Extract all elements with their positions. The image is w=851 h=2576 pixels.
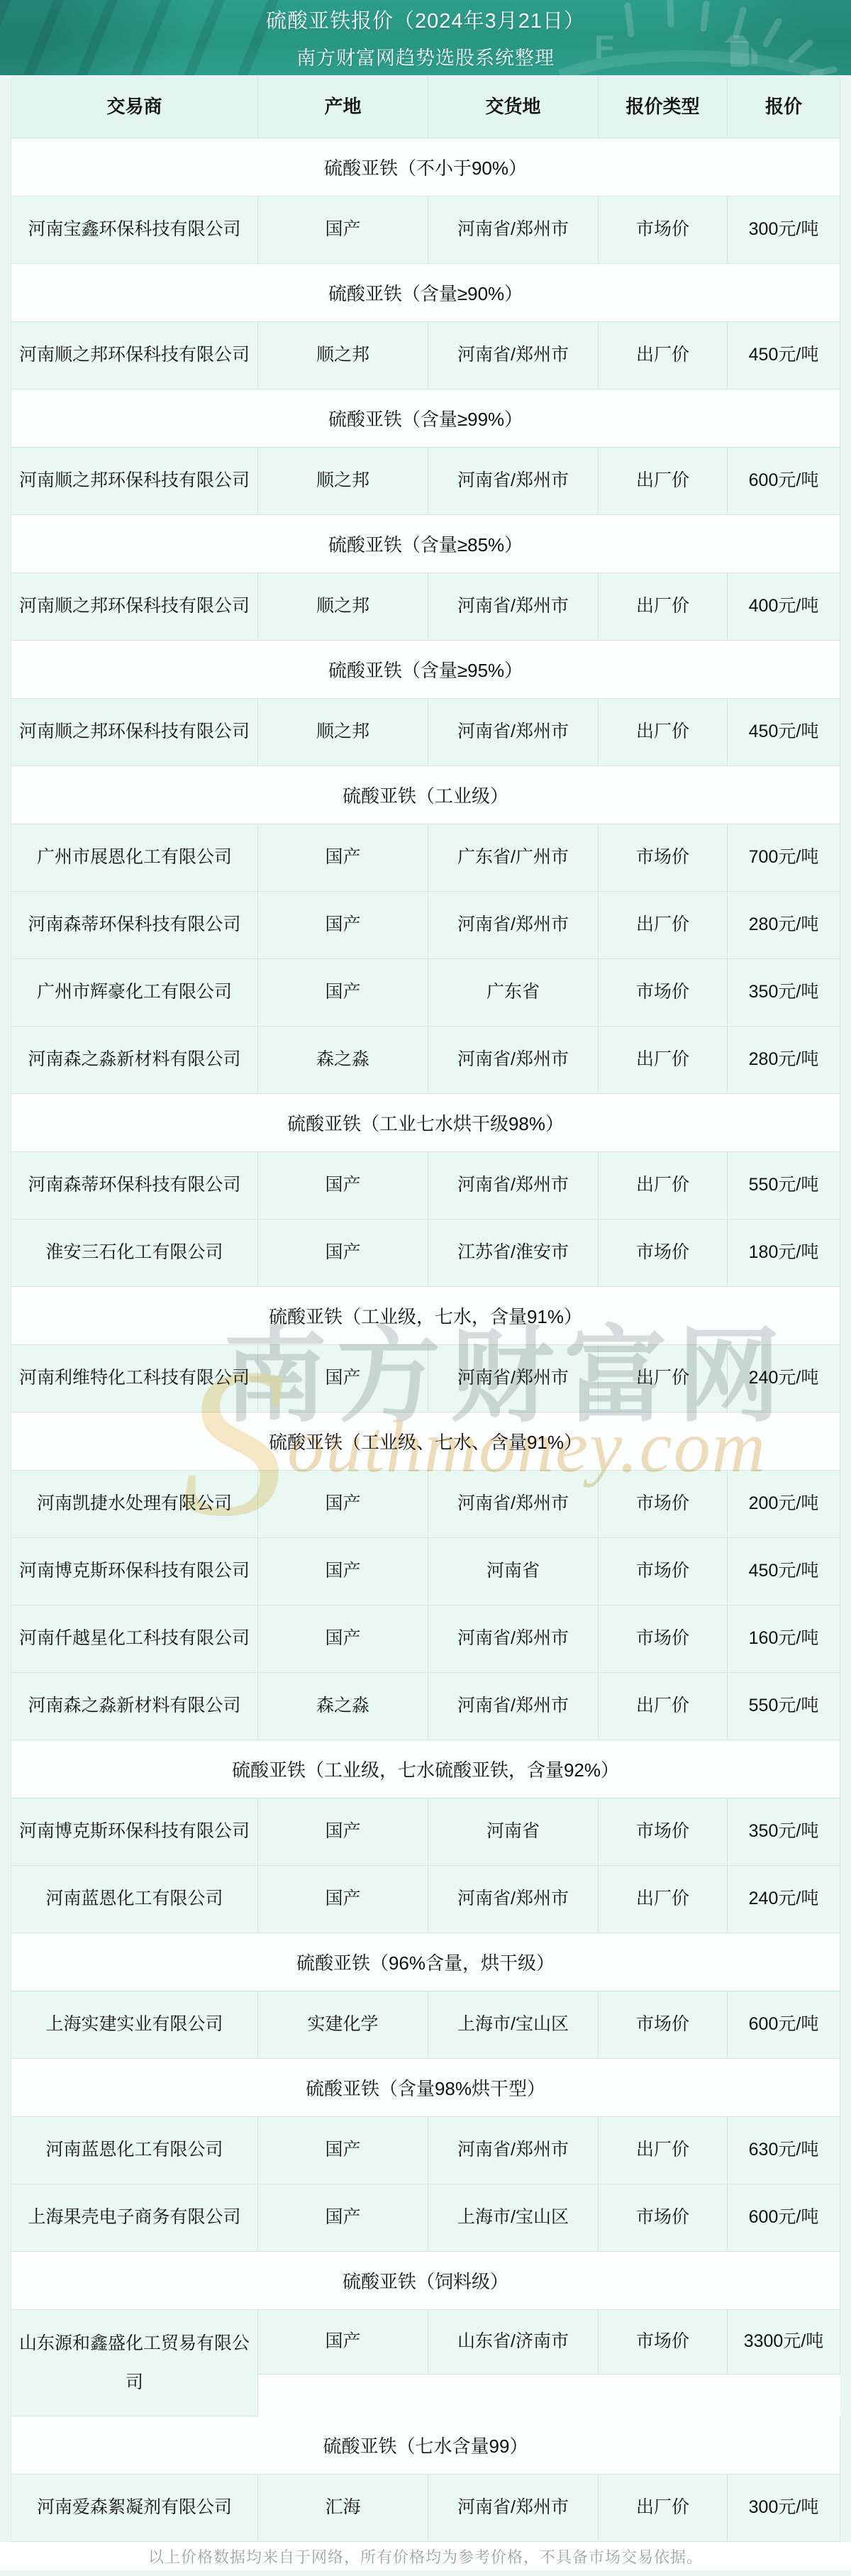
cell-delivery: 山东省/济南市 [428,2310,599,2375]
table-row: 河南顺之邦环保科技有限公司顺之邦河南省/郑州市出厂价450元/吨 [11,322,840,389]
cell-origin: 国产 [258,1220,428,1287]
cell-delivery: 河南省/郑州市 [428,1605,599,1673]
cell-price: 160元/吨 [728,1605,840,1673]
cell-price-type: 出厂价 [599,448,728,515]
cell-origin: 国产 [258,1866,428,1933]
cell-price-type: 市场价 [599,2310,728,2375]
cell-origin: 国产 [258,2184,428,2252]
cell-delivery: 河南省/郑州市 [428,1345,599,1413]
cell-trader: 河南森蒂环保科技有限公司 [11,892,258,959]
cell-origin: 顺之邦 [258,573,428,641]
column-header-1: 产地 [258,75,428,138]
cell-trader: 河南仟越星化工科技有限公司 [11,1605,258,1673]
cell-delivery: 河南省/郑州市 [428,1471,599,1538]
cell-trader: 上海果壳电子商务有限公司 [11,2184,258,2252]
cell-price-type: 出厂价 [599,1027,728,1094]
cell-price-type: 出厂价 [599,892,728,959]
cell-price: 280元/吨 [728,892,840,959]
cell-price-type: 市场价 [599,1220,728,1287]
cell-origin: 森之淼 [258,1027,428,1094]
cell-price: 600元/吨 [728,448,840,515]
cell-trader: 河南博克斯环保科技有限公司 [11,1798,258,1866]
cell-delivery: 上海市/宝山区 [428,2184,599,2252]
cell-price: 350元/吨 [728,959,840,1027]
cell-price: 400元/吨 [728,573,840,641]
page-title: 硫酸亚铁报价（2024年3月21日） [266,5,585,34]
cell-trader: 淮安三石化工有限公司 [11,1220,258,1287]
section-row: 硫酸亚铁（七水含量99） [11,2416,840,2475]
cell-price: 280元/吨 [728,1027,840,1094]
cell-price-type: 市场价 [599,1798,728,1866]
cell-price-type: 出厂价 [599,2117,728,2184]
cell-price: 200元/吨 [728,1471,840,1538]
cell-price-type: 市场价 [599,824,728,892]
cell-delivery: 河南省/郑州市 [428,1673,599,1740]
cell-price: 700元/吨 [728,824,840,892]
table-row: 河南仟越星化工科技有限公司国产河南省/郑州市市场价160元/吨 [11,1605,840,1673]
cell-trader: 河南顺之邦环保科技有限公司 [11,448,258,515]
table-row: 河南博克斯环保科技有限公司国产河南省市场价350元/吨 [11,1798,840,1866]
section-row: 硫酸亚铁（工业级） [11,766,840,824]
cell-trader: 河南爱森絮凝剂有限公司 [11,2475,258,2542]
table-row: 河南蓝恩化工有限公司国产河南省/郑州市出厂价240元/吨 [11,1866,840,1933]
cell-price-type: 市场价 [599,1471,728,1538]
cell-price-type: 市场价 [599,1991,728,2059]
cell-trader: 河南顺之邦环保科技有限公司 [11,322,258,389]
cell-delivery: 河南省/郑州市 [428,699,599,766]
cell-price-type: 出厂价 [599,1673,728,1740]
cell-origin: 顺之邦 [258,448,428,515]
disclaimer-text: 以上价格数据均来自于网络，所有价格均为参考价格，不具备市场交易依据。 [148,2545,703,2567]
page-subtitle: 南方财富网趋势选股系统整理 [296,43,555,70]
section-row: 硫酸亚铁（含量≥99%） [11,389,840,448]
cell-trader: 河南森蒂环保科技有限公司 [11,1152,258,1220]
cell-delivery: 河南省/郑州市 [428,197,599,264]
cell-origin: 国产 [258,2117,428,2184]
table-row: 上海实建实业有限公司实建化学上海市/宝山区市场价600元/吨 [11,1991,840,2059]
cell-price-type: 市场价 [599,197,728,264]
cell-price: 600元/吨 [728,2184,840,2252]
cell-delivery: 河南省 [428,1798,599,1866]
cell-trader: 上海实建实业有限公司 [11,1991,258,2059]
column-header-4: 报价 [728,75,840,138]
page-banner: F 硫酸亚铁报价（2024年3月21日） 南方财富网趋势选股系统整理 [0,0,851,75]
section-row: 硫酸亚铁（96%含量，烘干级） [11,1933,840,1991]
table-row: 河南宝鑫环保科技有限公司国产河南省/郑州市市场价300元/吨 [11,197,840,264]
cell-price-type: 出厂价 [599,322,728,389]
svg-text:F: F [594,28,614,65]
table-row: 山东源和鑫盛化工贸易有限公司国产山东省/济南市市场价3300元/吨 [11,2310,840,2416]
column-header-0: 交易商 [11,75,258,138]
cell-trader: 河南蓝恩化工有限公司 [11,1866,258,1933]
table-header-row: 交易商产地交货地报价类型报价 [11,75,840,138]
cell-trader: 河南顺之邦环保科技有限公司 [11,573,258,641]
cell-origin: 国产 [258,1152,428,1220]
section-row: 硫酸亚铁（含量98%烘干型） [11,2059,840,2117]
table-row: 河南森之淼新材料有限公司森之淼河南省/郑州市出厂价550元/吨 [11,1673,840,1740]
cell-price: 300元/吨 [728,197,840,264]
table-row: 河南森之淼新材料有限公司森之淼河南省/郑州市出厂价280元/吨 [11,1027,840,1094]
cell-trader: 河南宝鑫环保科技有限公司 [11,197,258,264]
section-row: 硫酸亚铁（工业级，七水硫酸亚铁，含量92%） [11,1740,840,1798]
cell-trader: 河南森之淼新材料有限公司 [11,1673,258,1740]
cell-delivery: 河南省/郑州市 [428,322,599,389]
column-header-3: 报价类型 [599,75,728,138]
table-row: 广州市辉豪化工有限公司国产广东省市场价350元/吨 [11,959,840,1027]
cell-origin: 国产 [258,959,428,1027]
cell-price: 350元/吨 [728,1798,840,1866]
table-row: 河南博克斯环保科技有限公司国产河南省市场价450元/吨 [11,1538,840,1605]
table-row: 河南顺之邦环保科技有限公司顺之邦河南省/郑州市出厂价400元/吨 [11,573,840,641]
table-row: 上海果壳电子商务有限公司国产上海市/宝山区市场价600元/吨 [11,2184,840,2252]
column-header-2: 交货地 [428,75,599,138]
cell-price-type: 出厂价 [599,1345,728,1413]
section-row: 硫酸亚铁（含量≥85%） [11,515,840,573]
cell-price: 450元/吨 [728,322,840,389]
cell-origin: 国产 [258,1471,428,1538]
cell-price: 240元/吨 [728,1345,840,1413]
cell-delivery: 上海市/宝山区 [428,1991,599,2059]
cell-delivery: 河南省/郑州市 [428,2117,599,2184]
table-row: 河南森蒂环保科技有限公司国产河南省/郑州市出厂价280元/吨 [11,892,840,959]
section-row: 硫酸亚铁（不小于90%） [11,138,840,197]
cell-origin: 国产 [258,824,428,892]
cell-delivery: 河南省/郑州市 [428,573,599,641]
cell-price-type: 市场价 [599,959,728,1027]
cell-origin: 国产 [258,892,428,959]
cell-price-type: 市场价 [599,1538,728,1605]
table-row: 广州市展恩化工有限公司国产广东省/广州市市场价700元/吨 [11,824,840,892]
table-row: 河南顺之邦环保科技有限公司顺之邦河南省/郑州市出厂价450元/吨 [11,699,840,766]
cell-delivery: 广东省 [428,959,599,1027]
cell-trader: 河南凯捷水处理有限公司 [11,1471,258,1538]
cell-price: 180元/吨 [728,1220,840,1287]
cell-price-type: 市场价 [599,1605,728,1673]
cell-delivery: 河南省/郑州市 [428,892,599,959]
cell-delivery: 河南省/郑州市 [428,1152,599,1220]
cell-origin: 国产 [258,2310,428,2375]
cell-price: 550元/吨 [728,1673,840,1740]
cell-trader: 河南森之淼新材料有限公司 [11,1027,258,1094]
banner-photo-streaks [0,0,284,75]
cell-price-type: 出厂价 [599,699,728,766]
table-row: 河南爱森絮凝剂有限公司汇海河南省/郑州市出厂价300元/吨 [11,2475,840,2542]
cell-trader: 河南博克斯环保科技有限公司 [11,1538,258,1605]
cell-origin: 汇海 [258,2475,428,2542]
cell-trader: 河南顺之邦环保科技有限公司 [11,699,258,766]
cell-price-type: 市场价 [599,2184,728,2252]
cell-price: 550元/吨 [728,1152,840,1220]
cell-price: 450元/吨 [728,1538,840,1605]
cell-delivery: 河南省/郑州市 [428,1866,599,1933]
cell-price-type: 出厂价 [599,573,728,641]
cell-trader: 河南蓝恩化工有限公司 [11,2117,258,2184]
cell-price: 450元/吨 [728,699,840,766]
cell-delivery: 河南省/郑州市 [428,1027,599,1094]
cell-trader: 广州市展恩化工有限公司 [11,824,258,892]
cell-price: 3300元/吨 [728,2310,840,2375]
table-row: 河南蓝恩化工有限公司国产河南省/郑州市出厂价630元/吨 [11,2117,840,2184]
cell-origin: 国产 [258,1605,428,1673]
section-row: 硫酸亚铁（工业七水烘干级98%） [11,1094,840,1152]
cell-origin: 森之淼 [258,1673,428,1740]
table-row: 河南森蒂环保科技有限公司国产河南省/郑州市出厂价550元/吨 [11,1152,840,1220]
cell-price: 300元/吨 [728,2475,840,2542]
disclaimer-footer: 以上价格数据均来自于网络，所有价格均为参考价格，不具备市场交易依据。 [0,2542,851,2570]
cell-price-type: 出厂价 [599,1866,728,1933]
cell-delivery: 河南省/郑州市 [428,448,599,515]
cell-delivery: 江苏省/淮安市 [428,1220,599,1287]
section-row: 硫酸亚铁（饲料级） [11,2252,840,2310]
cell-origin: 实建化学 [258,1991,428,2059]
cell-price: 630元/吨 [728,2117,840,2184]
table-row: 河南顺之邦环保科技有限公司顺之邦河南省/郑州市出厂价600元/吨 [11,448,840,515]
section-row: 硫酸亚铁（含量≥90%） [11,264,840,322]
cell-origin: 顺之邦 [258,699,428,766]
cell-origin: 顺之邦 [258,322,428,389]
cell-origin: 国产 [258,1798,428,1866]
cell-trader: 河南利维特化工科技有限公司 [11,1345,258,1413]
cell-delivery: 河南省/郑州市 [428,2475,599,2542]
cell-price: 600元/吨 [728,1991,840,2059]
section-row: 硫酸亚铁（含量≥95%） [11,641,840,699]
cell-price-type: 出厂价 [599,1152,728,1220]
table-row: 淮安三石化工有限公司国产江苏省/淮安市市场价180元/吨 [11,1220,840,1287]
table-row: 河南利维特化工科技有限公司国产河南省/郑州市出厂价240元/吨 [11,1345,840,1413]
cell-price: 240元/吨 [728,1866,840,1933]
table-row: 河南凯捷水处理有限公司国产河南省/郑州市市场价200元/吨 [11,1471,840,1538]
section-row: 硫酸亚铁（工业级，七水，含量91%） [11,1287,840,1345]
cell-price-type: 出厂价 [599,2475,728,2542]
quote-table: 交易商产地交货地报价类型报价硫酸亚铁（不小于90%）河南宝鑫环保科技有限公司国产… [11,75,840,2542]
cell-origin: 国产 [258,1538,428,1605]
cell-origin: 国产 [258,197,428,264]
cell-origin: 国产 [258,1345,428,1413]
section-row: 硫酸亚铁（工业级、七水、含量91%） [11,1413,840,1471]
cell-delivery: 河南省 [428,1538,599,1605]
cell-trader: 广州市辉豪化工有限公司 [11,959,258,1027]
cell-trader: 山东源和鑫盛化工贸易有限公司 [11,2310,258,2416]
cell-delivery: 广东省/广州市 [428,824,599,892]
